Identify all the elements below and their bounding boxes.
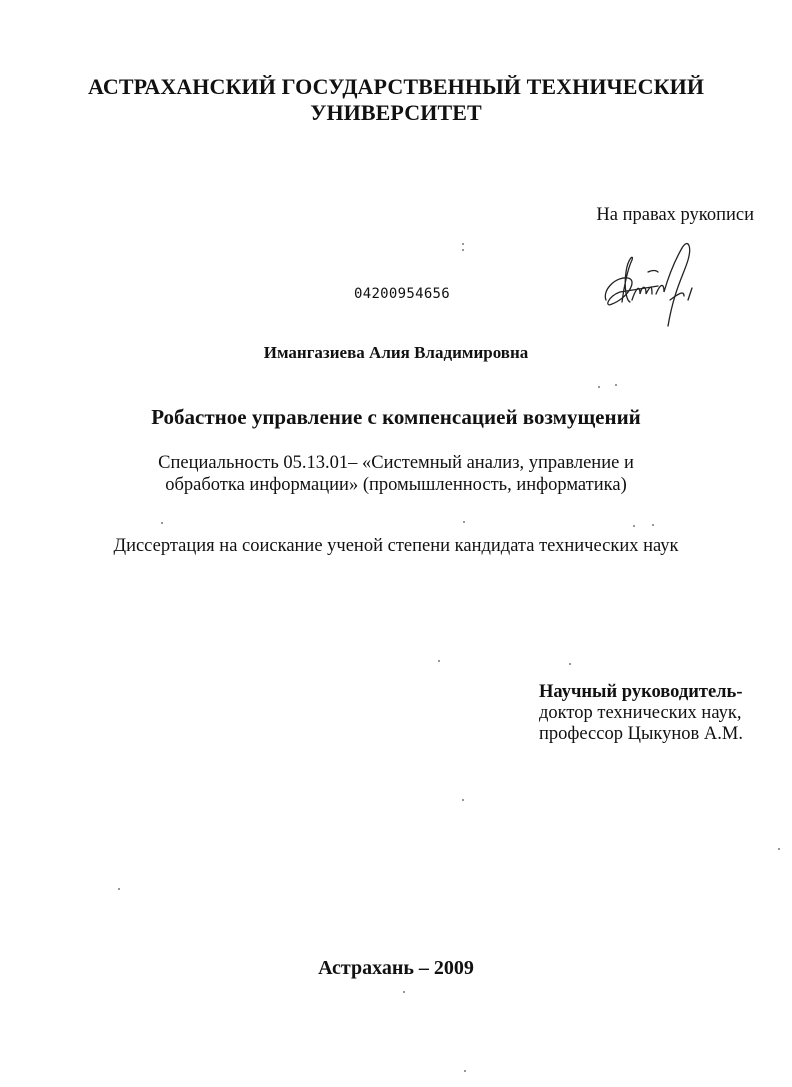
rights-note: На правах рукописи	[596, 205, 754, 226]
document-code: 04200954656	[354, 286, 450, 302]
scan-speck	[598, 386, 600, 388]
scan-speck	[463, 521, 465, 523]
supervisor-name: профессор Цыкунов А.М.	[539, 724, 743, 745]
scan-speck	[778, 848, 780, 850]
supervisor-block: Научный руководитель- доктор технических…	[539, 682, 743, 745]
dissertation-type: Диссертация на соискание ученой степени …	[0, 536, 792, 557]
signature-icon	[598, 238, 718, 330]
scan-speck	[438, 660, 440, 662]
university-line-1: АСТРАХАНСКИЙ ГОСУДАРСТВЕННЫЙ ТЕХНИЧЕСКИЙ	[0, 74, 792, 100]
specialty: Специальность 05.13.01– «Системный анали…	[0, 452, 792, 496]
supervisor-label: Научный руководитель-	[539, 682, 743, 703]
dissertation-title: Робастное управление с компенсацией возм…	[0, 405, 792, 430]
university-name: АСТРАХАНСКИЙ ГОСУДАРСТВЕННЫЙ ТЕХНИЧЕСКИЙ…	[0, 74, 792, 126]
scan-speck	[464, 1070, 466, 1072]
scan-speck	[161, 522, 163, 524]
scan-speck	[633, 525, 635, 527]
scan-speck	[462, 243, 464, 245]
specialty-line-2: обработка информации» (промышленность, и…	[0, 474, 792, 496]
scan-speck	[462, 249, 464, 251]
scan-speck	[569, 663, 571, 665]
city-year: Астрахань – 2009	[0, 957, 792, 980]
specialty-line-1: Специальность 05.13.01– «Системный анали…	[0, 452, 792, 474]
author-name: Имангазиева Алия Владимировна	[0, 343, 792, 363]
scan-speck	[403, 991, 405, 993]
university-line-2: УНИВЕРСИТЕТ	[0, 100, 792, 126]
scan-speck	[462, 799, 464, 801]
scan-speck	[118, 888, 120, 890]
scan-speck	[615, 384, 617, 386]
scan-speck	[652, 524, 654, 526]
supervisor-degree: доктор технических наук,	[539, 703, 743, 724]
